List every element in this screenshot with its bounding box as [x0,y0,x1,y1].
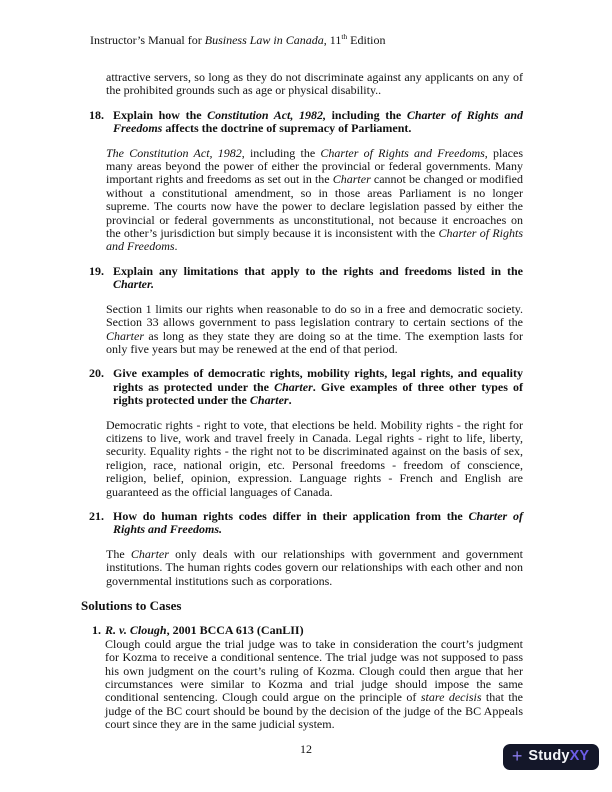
answer-19: Section 1 limits our rights when reasona… [106,303,523,357]
case-1-body: Clough could argue the trial judge was t… [105,638,523,732]
answer-21: The Charter only deals with our relation… [106,548,523,588]
intro-paragraph: attractive servers, so long as they do n… [106,71,523,98]
page-content: attractive servers, so long as they do n… [89,71,523,732]
case-1-number: 1. [92,624,105,731]
question-19-text: Explain any limitations that apply to th… [113,265,523,292]
solutions-heading: Solutions to Cases [81,599,523,612]
case-1-content: R. v. Clough, 2001 BCCA 613 (CanLII) Clo… [105,624,523,731]
question-21-text: How do human rights codes differ in thei… [113,510,523,537]
question-20-number: 20. [89,367,113,407]
running-header: Instructor’s Manual for Business Law in … [90,34,386,47]
document-page: Instructor’s Manual for Business Law in … [0,0,612,792]
brand-xy-text: XY [570,750,589,763]
case-1: 1. R. v. Clough, 2001 BCCA 613 (CanLII) … [92,624,523,731]
plus-icon: + [512,747,523,765]
question-18: 18. Explain how the Constitution Act, 19… [89,109,523,136]
answer-20: Democratic rights - right to vote, that … [106,419,523,499]
answer-18: The Constitution Act, 1982, including th… [106,147,523,254]
question-19-number: 19. [89,265,113,292]
question-20: 20. Give examples of democratic rights, … [89,367,523,407]
question-19: 19. Explain any limitations that apply t… [89,265,523,292]
question-21: 21. How do human rights codes differ in … [89,510,523,537]
case-1-title: R. v. Clough, 2001 BCCA 613 (CanLII) [105,624,523,637]
brand-study-text: Study [528,750,569,763]
question-18-text: Explain how the Constitution Act, 1982, … [113,109,523,136]
studyxy-logo: + Study XY [503,744,599,770]
question-21-number: 21. [89,510,113,537]
question-18-number: 18. [89,109,113,136]
question-20-text: Give examples of democratic rights, mobi… [113,367,523,407]
